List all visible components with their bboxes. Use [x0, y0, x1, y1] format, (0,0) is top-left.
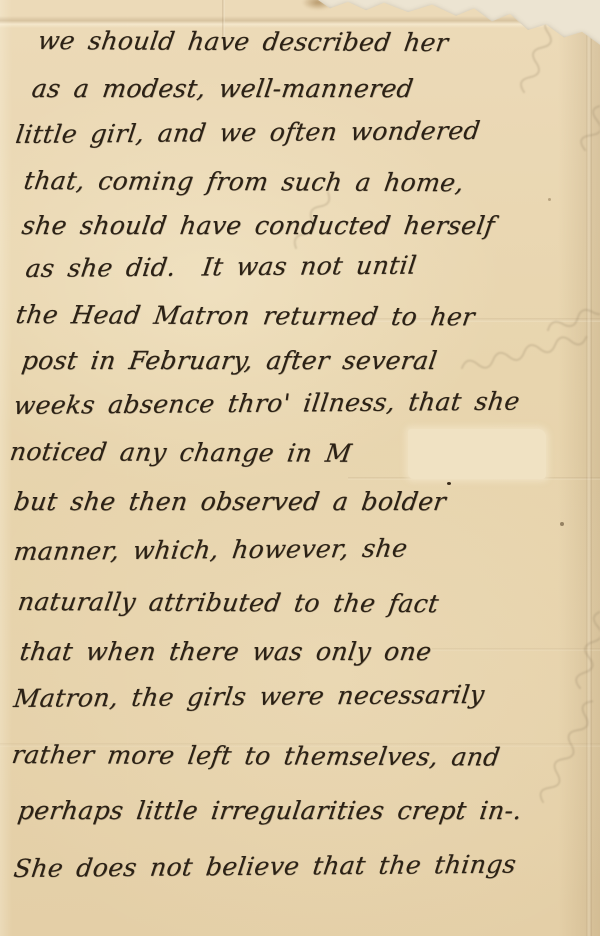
ink-dot [447, 482, 451, 485]
handwriting-line: as a modest, well-mannered [30, 74, 415, 103]
handwriting-line: noticed any change in M [8, 437, 354, 468]
handwriting-line: manner, which, however, she [12, 534, 409, 566]
handwriting-line: Matron, the girls were necessarily [12, 680, 486, 713]
handwriting-line: perhaps little irregularities crept in-. [16, 796, 524, 825]
handwriting-line: she should have conducted herself [20, 211, 497, 240]
handwriting-line: little girl, and we often wondered [14, 116, 482, 149]
handwriting-line: the Head Matron returned to her [14, 300, 477, 331]
handwriting-line: but she then observed a bolder [12, 487, 448, 516]
handwriting-line: She does not believe that the things [12, 850, 518, 883]
letter-paper: we should have described her as a modest… [0, 0, 600, 936]
handwriting-line: naturally attributed to the fact [16, 587, 441, 618]
handwriting-line: post in February, after several [20, 346, 439, 375]
handwriting-line: rather more left to themselves, and [10, 740, 502, 772]
handwriting-line: weeks absence thro' illness, that she [12, 387, 522, 420]
letter-photo: we should have described her as a modest… [0, 0, 600, 936]
redacted-name-patch [408, 429, 546, 479]
handwriting-line: we should have described her [36, 26, 450, 57]
handwriting-line: that when there was only one [18, 637, 434, 666]
letter-paper-wrap: we should have described her as a modest… [0, 0, 600, 936]
handwriting-line: that, coming from such a home, [22, 166, 466, 197]
handwriting-line: as she did. It was not until [24, 251, 418, 283]
